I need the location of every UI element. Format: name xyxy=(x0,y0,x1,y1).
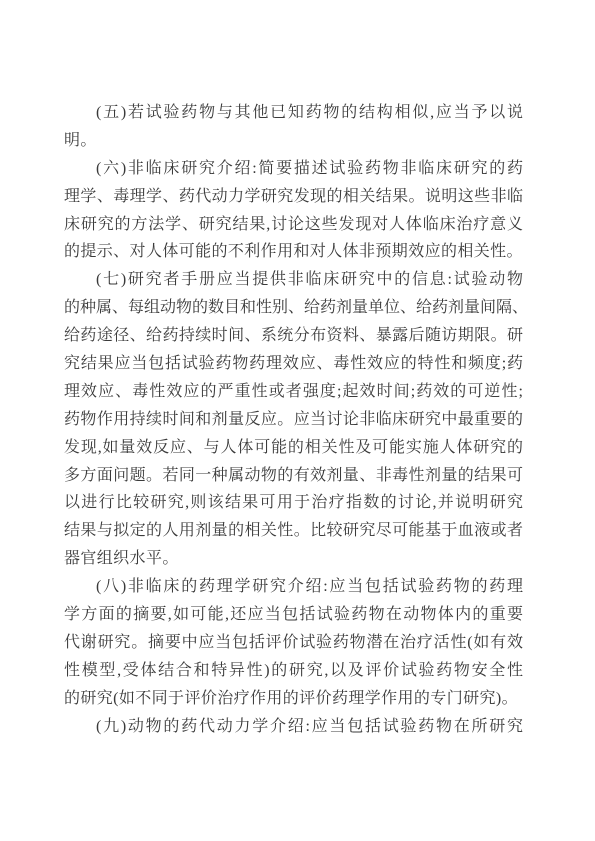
text-line: 学方面的摘要,如可能,还应当包括试验药物在动物体内的重要 xyxy=(64,601,523,629)
text-line: 发现,如量效反应、与人体可能的相关性及可能实施人体研究的 xyxy=(64,434,523,462)
text-line: 床研究的方法学、研究结果,讨论这些发现对人体临床治疗意义 xyxy=(64,211,523,239)
text-line: 的研究(如不同于评价治疗作用的评价药理学作用的专门研究)。 xyxy=(64,685,523,713)
text-line: 以进行比较研究,则该结果可用于治疗指数的讨论,并说明研究 xyxy=(64,489,523,517)
text-line: 代谢研究。摘要中应当包括评价试验药物潜在治疗活性(如有效 xyxy=(64,629,523,657)
text-line: 多方面问题。若同一种属动物的有效剂量、非毒性剂量的结果可 xyxy=(64,462,523,490)
text-line: 药物作用持续时间和剂量反应。应当讨论非临床研究中最重要的 xyxy=(64,406,523,434)
text-line: (五)若试验药物与其他已知药物的结构相似,应当予以说 xyxy=(64,99,523,127)
paragraph-item-9: (九)动物的药代动力学介绍:应当包括试验药物在所研究 xyxy=(64,713,523,741)
text-line: 性模型,受体结合和特异性)的研究,以及评价试验药物安全性 xyxy=(64,657,523,685)
text-line: 器官组织水平。 xyxy=(64,545,523,573)
text-line: (七)研究者手册应当提供非临床研究中的信息:试验动物 xyxy=(64,266,523,294)
text-line: 明。 xyxy=(64,127,523,155)
text-line: 究结果应当包括试验药物药理效应、毒性效应的特性和频度;药 xyxy=(64,350,523,378)
text-line: 的提示、对人体可能的不利作用和对人体非预期效应的相关性。 xyxy=(64,238,523,266)
text-line: (九)动物的药代动力学介绍:应当包括试验药物在所研究 xyxy=(64,713,523,741)
paragraph-item-5: (五)若试验药物与其他已知药物的结构相似,应当予以说明。 xyxy=(64,99,523,155)
paragraph-item-6: (六)非临床研究介绍:简要描述试验药物非临床研究的药理学、毒理学、药代动力学研究… xyxy=(64,155,523,267)
document-page: (五)若试验药物与其他已知药物的结构相似,应当予以说明。(六)非临床研究介绍:简… xyxy=(0,0,595,841)
text-line: (八)非临床的药理学研究介绍:应当包括试验药物的药理 xyxy=(64,573,523,601)
text-line: 结果与拟定的人用剂量的相关性。比较研究尽可能基于血液或者 xyxy=(64,517,523,545)
text-block: (五)若试验药物与其他已知药物的结构相似,应当予以说明。(六)非临床研究介绍:简… xyxy=(64,99,523,740)
text-line: (六)非临床研究介绍:简要描述试验药物非临床研究的药 xyxy=(64,155,523,183)
text-line: 理效应、毒性效应的严重性或者强度;起效时间;药效的可逆性; xyxy=(64,378,523,406)
text-line: 给药途径、给药持续时间、系统分布资料、暴露后随访期限。研 xyxy=(64,322,523,350)
paragraph-item-7: (七)研究者手册应当提供非临床研究中的信息:试验动物的种属、每组动物的数目和性别… xyxy=(64,266,523,573)
paragraph-item-8: (八)非临床的药理学研究介绍:应当包括试验药物的药理学方面的摘要,如可能,还应当… xyxy=(64,573,523,712)
text-line: 理学、毒理学、药代动力学研究发现的相关结果。说明这些非临 xyxy=(64,183,523,211)
text-line: 的种属、每组动物的数目和性别、给药剂量单位、给药剂量间隔、 xyxy=(64,294,523,322)
